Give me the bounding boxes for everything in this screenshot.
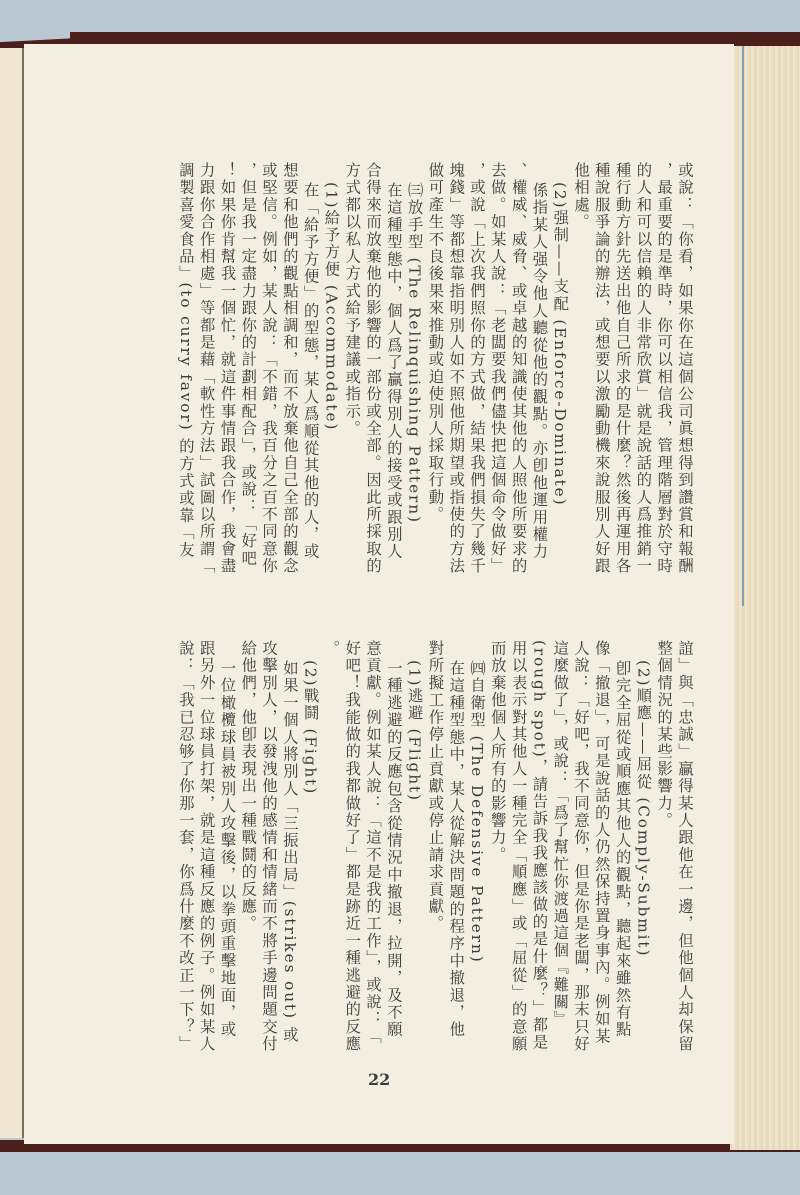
text-line: 誼」與「忠誠」贏得某人跟他在一邊，但他個人却保留 (674, 640, 695, 1060)
text-line: 或堅信。例如，某人說：「不錯，我百分之百不同意你 (258, 162, 279, 622)
section-heading: ㈢放手型 (The Relinquishing Pattern) (404, 162, 425, 622)
text-line: 他相處。 (570, 162, 591, 622)
text-line: 塊錢」等都想靠指明別人如不照他所期望或指使的方法 (445, 162, 466, 622)
text-line: 或說：「你看，如果你在這個公司眞想得到讚賞和報酬 (674, 162, 695, 622)
text-line: 一位橄欖球員被別人攻擊後，以拳頭重擊地面，或 (217, 640, 238, 1060)
text-line: 、權威、威脅、或卓越的知識使其他的人照他所要求的 (508, 162, 529, 622)
text-line: 方式都以私人方式給予建議或指示。 (341, 162, 362, 622)
text-block-top: 或說：「你看，如果你在這個公司眞想得到讚賞和報酬，最重要的是準時，你可以相信我，… (175, 162, 695, 622)
text-line: 用以表示對其他人一種完全「順應」或「屈從」的意願 (508, 640, 529, 1060)
text-line: 種行動方針先送出他自己所求的是什麼？然後再運用各 (612, 162, 633, 622)
text-line: 好吧！我能做的我都做好了」都是跡近一種逃避的反應 (341, 640, 362, 1060)
text-line: 的人和可以信賴的人非常欣賞」就是說話的人爲推銷一 (633, 162, 654, 622)
page-stack-edges (730, 46, 800, 1150)
text-line: 一種逃避的反應包含從情況中撤退，拉開，及不願 (383, 640, 404, 1060)
text-line: 給他們，他卽表現出一種戰鬪的反應。 (237, 640, 258, 1060)
text-line: 在這種型態中，個人爲了贏得別人的接受或跟別人 (383, 162, 404, 622)
text-line: 種說服爭論的辦法，或想要以激勵動機來說服別人好跟 (591, 162, 612, 622)
text-line: 在「給予方便」的型態，某人爲順從其他的人，或 (300, 162, 321, 622)
facing-page-edge (0, 48, 24, 1138)
text-line: 而放棄他個人所有的影響力。 (487, 640, 508, 1060)
text-line: 整個情況的某些影響力。 (653, 640, 674, 1060)
section-heading: (2)順應——屈從 (Comply-Submit) (633, 640, 654, 1060)
section-heading: ㈣自衛型 (The Defensive Pattern) (466, 640, 487, 1060)
text-line: 做可產生不良後果來推動或迫使別人採取行動。 (425, 162, 446, 622)
text-line: 力跟你合作相處」等都是藉「軟性方法」試圖以所謂「 (196, 162, 217, 622)
text-line: (rough spot)，請告訴我我應該做的是什麼？」都是 (529, 640, 550, 1060)
text-line: 在這種型態中，某人從解決問題的程序中撤退，他 (445, 640, 466, 1060)
section-heading: (2)戰鬪 (Fight) (300, 640, 321, 1060)
text-line: ，最重要的是準時，你可以相信我，管理階層對於守時 (653, 162, 674, 622)
text-block-bottom: 誼」與「忠誠」贏得某人跟他在一邊，但他個人却保留整個情況的某些影響力。(2)順應… (175, 640, 695, 1060)
text-line: 人說：「好吧，我不同意你，但是你是老闆，那末只好 (570, 640, 591, 1060)
text-line: 如果一個人將別人「三振出局」(strikes out) 或 (279, 640, 300, 1060)
section-heading: (1)給予方便 (Accommodate) (321, 162, 342, 622)
text-line: 合得來而放棄他的影響的一部份或全部。因此所採取的 (362, 162, 383, 622)
text-line: 說：「我已忍够了你那一套，你爲什麼不改正一下？」 (175, 640, 196, 1060)
text-line: 調製喜愛食品」(to curry favor) 的方式或靠「友 (175, 162, 196, 622)
text-line: 去做。如某人說：「老闆要我們儘快把這個命令做好」 (487, 162, 508, 622)
section-heading: (1)逃避 (Flight) (404, 640, 425, 1060)
text-line: 。 (321, 640, 342, 1060)
text-line: 攻擊別人，以發洩他的感情和情緒而不將手邊問題交付 (258, 640, 279, 1060)
page-number: 22 (368, 1070, 390, 1089)
text-line: 卽完全屈從或順應其他人的觀點，聽起來雖然有點 (612, 640, 633, 1060)
text-line: 想要和他們的觀點相調和，而不放棄他自己全部的觀念 (279, 162, 300, 622)
section-heading: (2)强制——支配 (Enforce-Dominate) (549, 162, 570, 622)
text-line: 對所擬工作停止貢獻或停止請求貢獻。 (425, 640, 446, 1060)
text-line: ，或說「上次我們照你的方式做，結果我們損失了幾千 (466, 162, 487, 622)
text-line: 這麼做了」，或說：「爲了幫忙你渡過這個『難關』 (549, 640, 570, 1060)
text-line: 跟另外一位球員打架，就是這種反應的例子。例如某人 (196, 640, 217, 1060)
text-line: ！如果你肯幫我一個忙，就這件事情跟我合作，我會盡 (217, 162, 238, 622)
text-line: 係指某人强令他人聽從他的觀點。亦卽他運用權力 (529, 162, 550, 622)
text-line: ，但是我一定盡力跟你的計劃相配合」，或說：「好吧 (237, 162, 258, 622)
text-line: 像「撤退」，可是說話的人仍然保持置身事內。例如某 (591, 640, 612, 1060)
text-line: 意貢獻。例如某人說：「這不是我的工作」，或說：「 (362, 640, 383, 1060)
page-margin-line (742, 46, 744, 606)
